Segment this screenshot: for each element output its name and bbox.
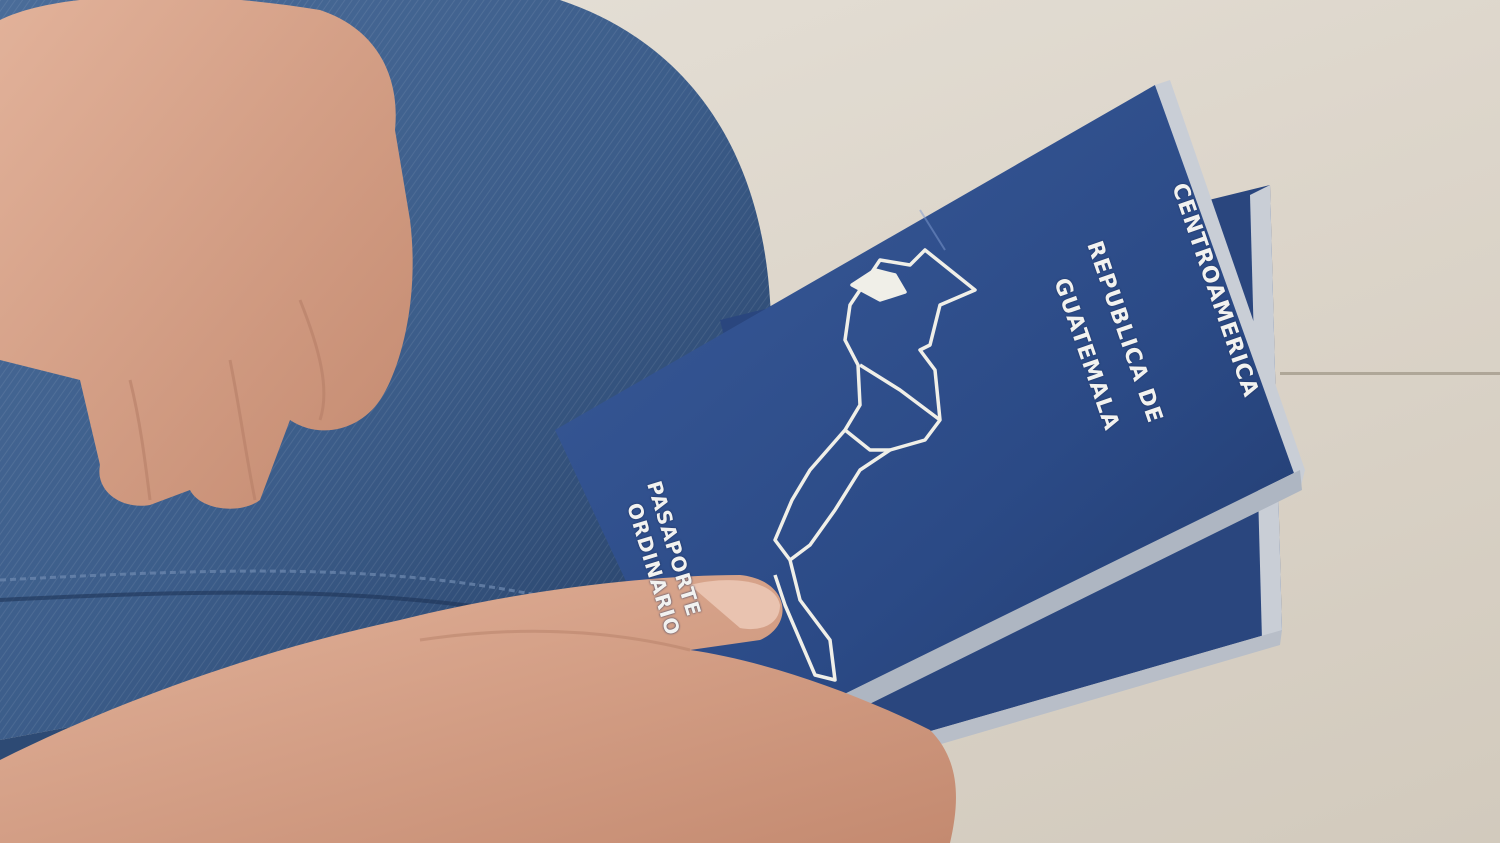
- scene-shapes: [0, 0, 1500, 843]
- photo-scene: CENTROAMERICA REPUBLICA DE GUATEMALA PAS…: [0, 0, 1500, 843]
